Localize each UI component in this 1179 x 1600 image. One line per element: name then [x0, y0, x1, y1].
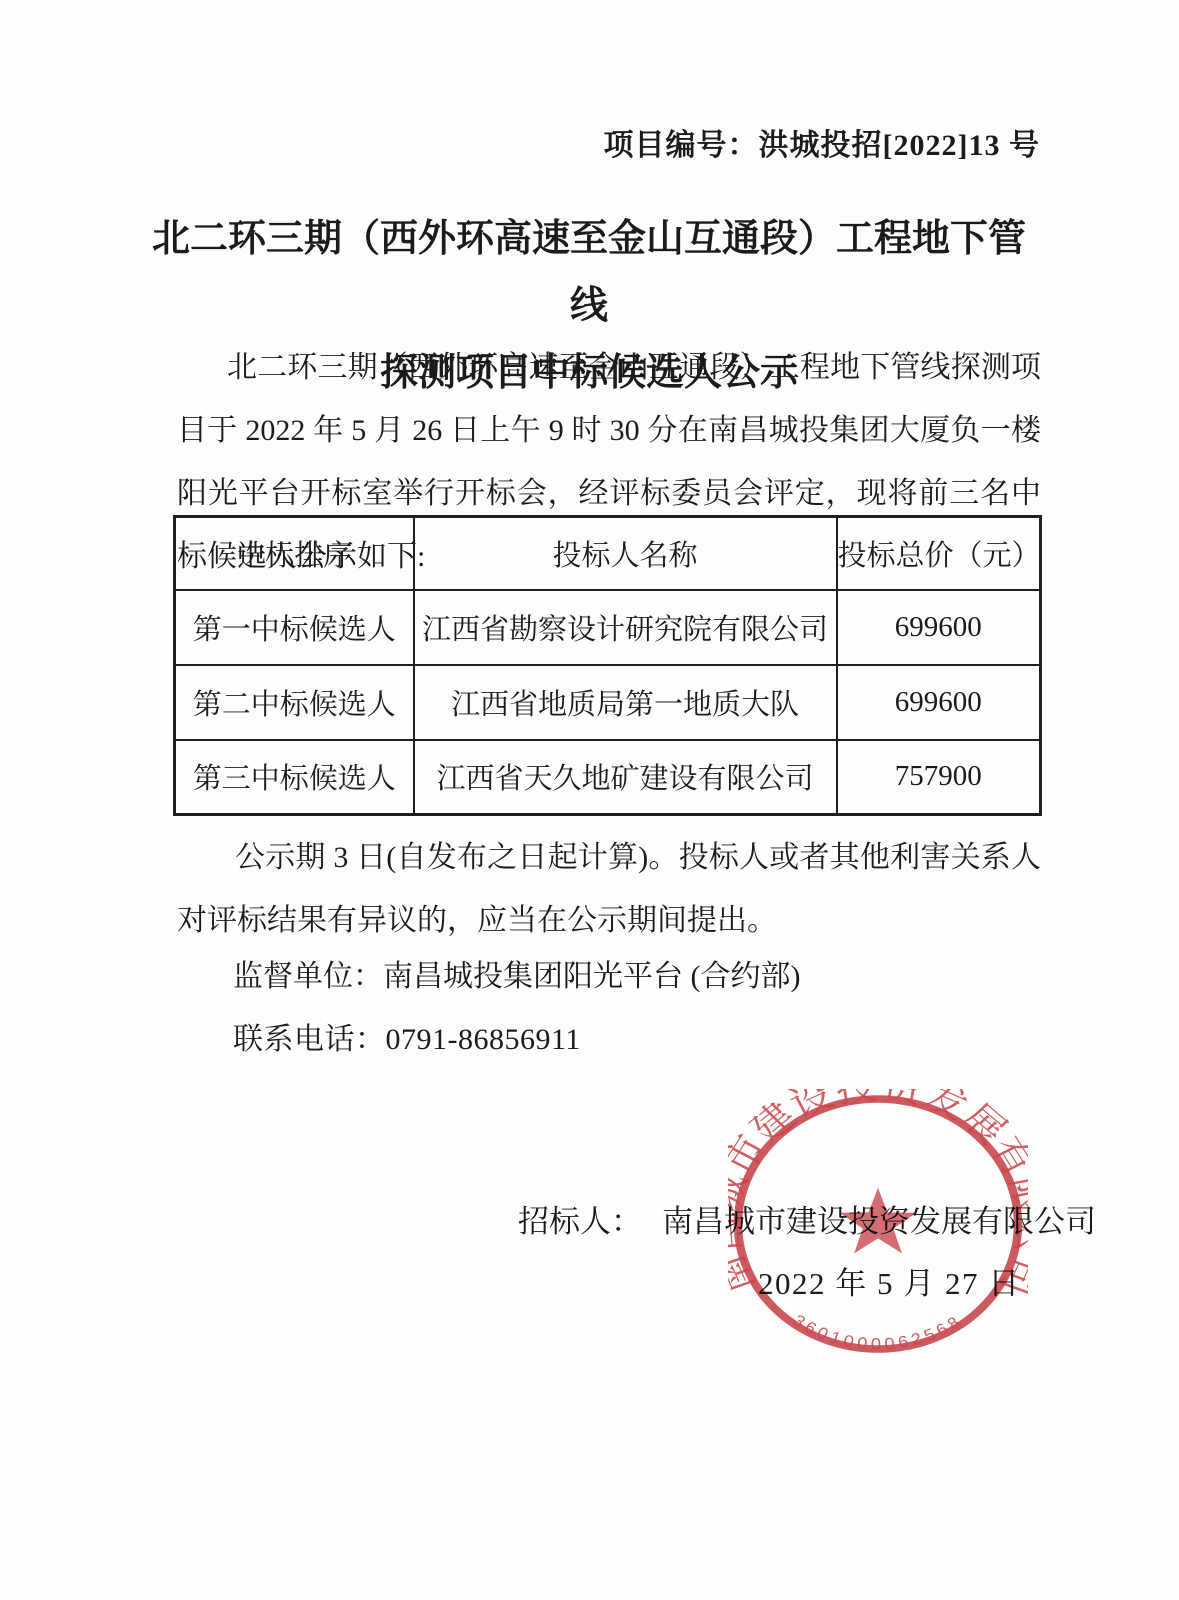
- header-bid-price: 投标总价（元）: [837, 517, 1041, 590]
- table-row: 第一中标候选人 江西省勘察设计研究院有限公司 699600: [175, 590, 1041, 665]
- header-bidder-name: 投标人名称: [414, 517, 837, 590]
- title-line-1: 北二环三期（西外环高速至金山互通段）工程地下管线: [139, 206, 1039, 340]
- rank-cell: 第三中标候选人: [175, 740, 414, 815]
- table-row: 第二中标候选人 江西省地质局第一地质大队 699600: [175, 665, 1041, 740]
- stamp-star-icon: [839, 1188, 916, 1254]
- price-cell: 699600: [837, 590, 1041, 665]
- header-rank: 中标排序: [175, 517, 414, 590]
- company-stamp: 南昌城市建设投资发展有限公司 3601000062568: [728, 1089, 1028, 1359]
- bid-candidates-table: 中标排序 投标人名称 投标总价（元） 第一中标候选人 江西省勘察设计研究院有限公…: [173, 515, 1042, 816]
- rank-cell: 第一中标候选人: [175, 590, 414, 665]
- project-number: 项目编号：洪城投招[2022]13 号: [177, 120, 1040, 164]
- bidder-cell: 江西省天久地矿建设有限公司: [414, 740, 837, 815]
- table-row: 第三中标候选人 江西省天久地矿建设有限公司 757900: [175, 740, 1041, 815]
- price-cell: 699600: [837, 665, 1041, 740]
- bidder-cell: 江西省勘察设计研究院有限公司: [414, 590, 837, 665]
- phone-line: 联系电话：0791-86856911: [177, 1014, 1041, 1058]
- rank-cell: 第二中标候选人: [175, 665, 414, 740]
- notice-paragraph: 公示期 3 日(自发布之日起计算)。投标人或者其他利害关系人对评标结果有异议的，…: [177, 826, 1041, 952]
- bidder-cell: 江西省地质局第一地质大队: [414, 665, 837, 740]
- table-header-row: 中标排序 投标人名称 投标总价（元）: [175, 517, 1041, 590]
- document-page: 项目编号：洪城投招[2022]13 号 北二环三期（西外环高速至金山互通段）工程…: [0, 0, 1179, 1600]
- tenderer-label: 招标人：: [518, 1204, 642, 1239]
- supervisor-line: 监督单位：南昌城投集团阳光平台 (合约部): [177, 951, 1041, 995]
- stamp-serial-number: 3601000062568: [789, 1311, 967, 1354]
- price-cell: 757900: [837, 740, 1041, 815]
